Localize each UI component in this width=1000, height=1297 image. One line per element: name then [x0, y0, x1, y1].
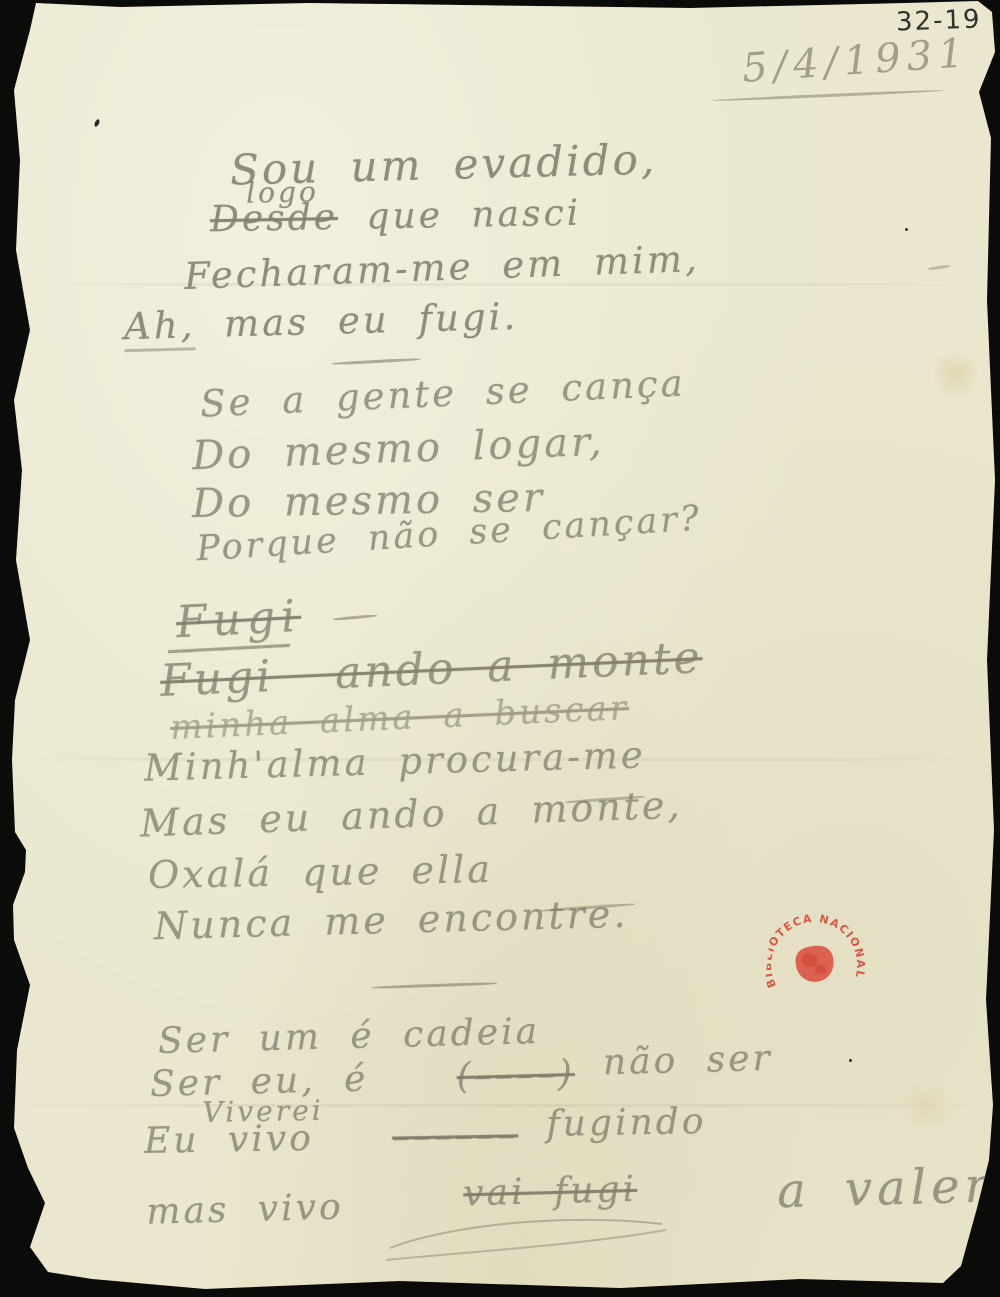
- poem-line: VivereiEu vivo –––––– fugindo: [144, 1111, 707, 1162]
- paper-speck: [849, 1059, 852, 1062]
- paper-speck: [905, 228, 908, 231]
- poem-text: Ah,: [124, 303, 197, 352]
- stanza-divider: [372, 982, 497, 989]
- struck-text: Fugi: [159, 651, 274, 707]
- paper-stain: [930, 352, 982, 396]
- poem-line: Fecharam-me em mim,: [183, 237, 700, 298]
- paper-speck: [93, 119, 100, 128]
- poem-text: mas vivo: [146, 1187, 344, 1233]
- poem-line: logoDesde que nasci: [210, 193, 582, 240]
- stanza-divider: [332, 358, 420, 366]
- struck-text: ando a monte: [272, 632, 704, 702]
- poem-text: não ser: [574, 1038, 773, 1084]
- poem-text: Do mesmo logar,: [191, 419, 605, 479]
- poem-text: Ser um é cadeia: [158, 1011, 541, 1062]
- struck-text: ––––––: [392, 1114, 519, 1157]
- poem-text: Se a gente se cança: [199, 361, 686, 425]
- manuscript-page: 32-19 5/4/1931 Sou um evadido,logoDesde …: [0, 0, 1000, 1297]
- pencil-dash: [333, 614, 377, 621]
- struck-text: (––––): [456, 1053, 575, 1097]
- poem-text: Nunca me encontre.: [154, 892, 629, 948]
- poem-text: –: [992, 1168, 1000, 1210]
- poem-text: Mas eu ando a monte,: [139, 783, 683, 846]
- poem-text: fugindo: [518, 1101, 707, 1145]
- poem-text: Eu vivo: [144, 1117, 343, 1161]
- paper-stain: [896, 1085, 956, 1125]
- poem-line: Mas eu ando a monte,: [139, 783, 683, 846]
- poem-line: Ah, mas eu fugi.: [124, 295, 519, 348]
- pencil-dash: [928, 264, 950, 270]
- poem-line: Se a gente se cança: [199, 361, 686, 425]
- poem-line: Nunca me encontre.: [154, 892, 629, 948]
- poem-text: a valer: [776, 1158, 993, 1220]
- scan-background: { "scan": { "archival_number": "32-19", …: [0, 0, 1000, 1297]
- poem-text: que nasci: [338, 193, 582, 238]
- poem-line: Ser um é cadeia: [158, 1011, 541, 1062]
- poem-line: Do mesmo logar,: [191, 419, 605, 479]
- poem-text: Oxalá que ella: [148, 847, 494, 897]
- poem-text: mas eu fugi.: [195, 295, 519, 346]
- flourish-scribble-icon: [378, 1202, 698, 1272]
- date-annotation: 5/4/1931: [741, 30, 971, 92]
- library-stamp-icon: BIBLIOTECA NACIONAL: [762, 896, 891, 1020]
- poem-text: [342, 1149, 392, 1150]
- struck-text: Desde: [210, 197, 339, 240]
- poem-text: Fecharam-me em mim,: [183, 237, 700, 298]
- poem-line: Oxalá que ella: [148, 847, 494, 897]
- poem-text: [397, 1088, 457, 1090]
